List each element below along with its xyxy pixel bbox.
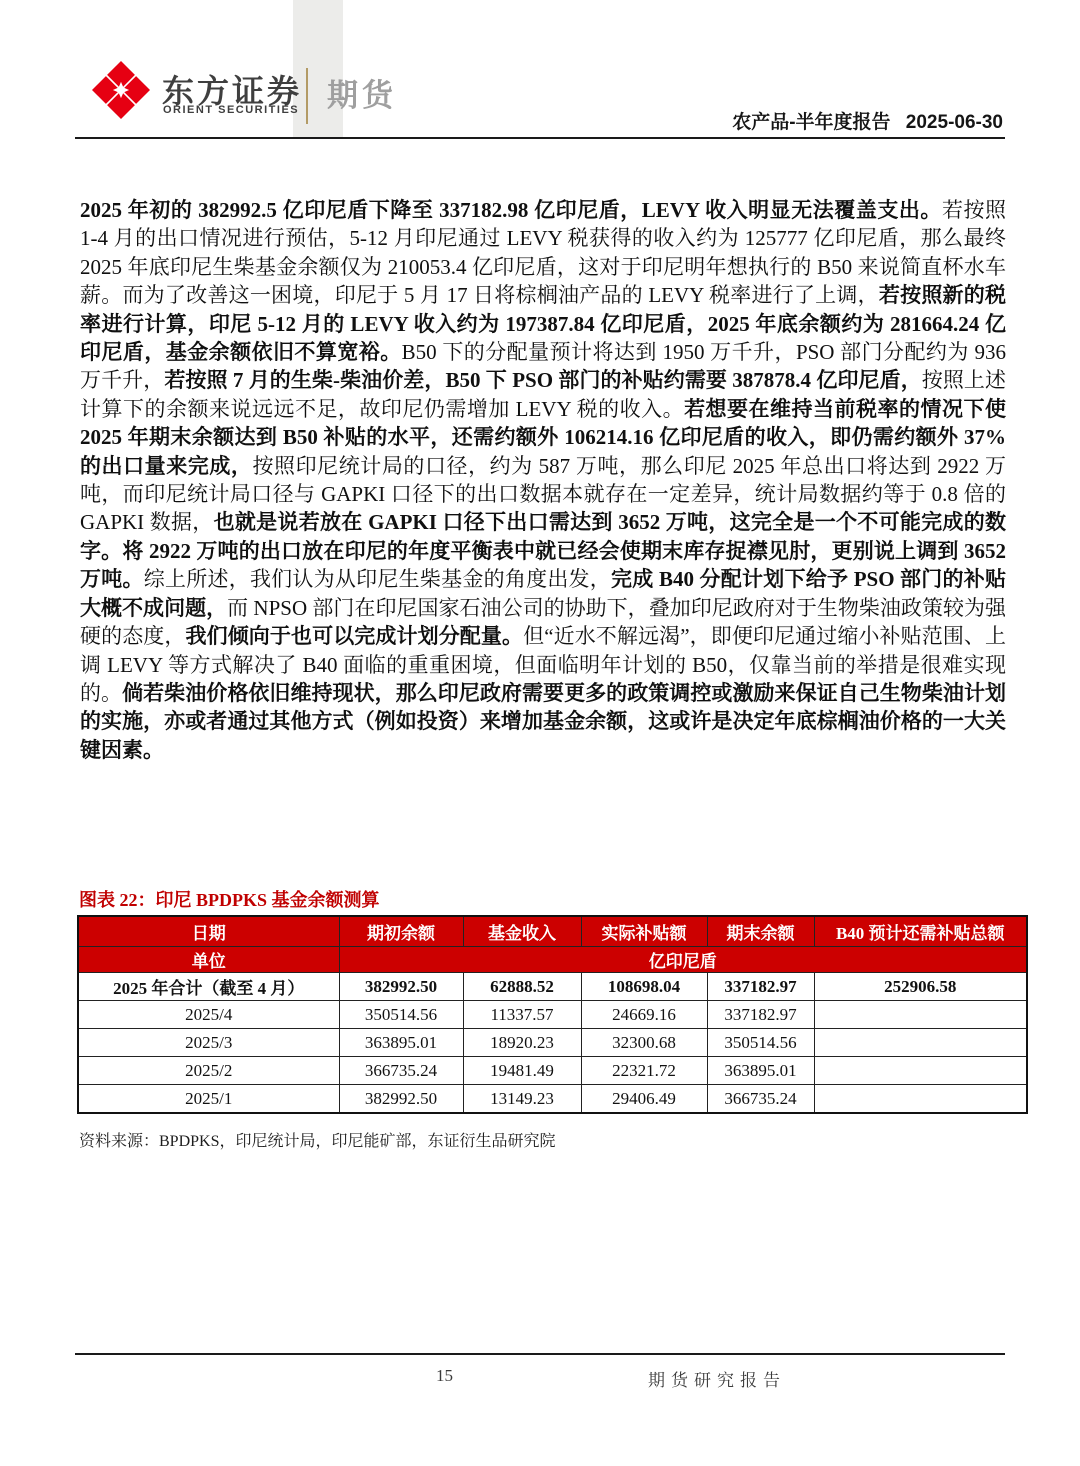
cell-b40-subsidy-needed bbox=[814, 1001, 1027, 1029]
paragraph-run: 综上所述，我们认为从印尼生柴基金的角度出发， bbox=[144, 567, 611, 591]
cell-opening-balance: 382992.50 bbox=[339, 973, 463, 1001]
cell-date: 2025/3 bbox=[78, 1029, 339, 1057]
cell-b40-subsidy-needed bbox=[814, 1029, 1027, 1057]
column-header-closing-balance: 期末余额 bbox=[707, 916, 814, 947]
page-number: 15 bbox=[436, 1366, 453, 1386]
column-header-fund-income: 基金收入 bbox=[463, 916, 581, 947]
cell-actual-subsidy: 29406.49 bbox=[581, 1085, 707, 1114]
table-row: 2025/3 363895.01 18920.23 32300.68 35051… bbox=[78, 1029, 1027, 1057]
table-row: 2025/2 366735.24 19481.49 22321.72 36389… bbox=[78, 1057, 1027, 1085]
cell-fund-income: 18920.23 bbox=[463, 1029, 581, 1057]
column-header-opening-balance: 期初余额 bbox=[339, 916, 463, 947]
paragraph-run: 若按照 7 月的生柴-柴油价差，B50 下 PSO 部门的补贴约需要 38787… bbox=[164, 368, 921, 392]
unit-label-cell: 单位 bbox=[78, 947, 339, 973]
analysis-paragraph: 2025 年初的 382992.5 亿印尼盾下降至 337182.98 亿印尼盾… bbox=[80, 196, 1006, 764]
cell-opening-balance: 350514.56 bbox=[339, 1001, 463, 1029]
column-header-date: 日期 bbox=[78, 916, 339, 947]
report-type-label: 农产品-半年度报告 bbox=[732, 112, 890, 133]
cell-date: 2025/2 bbox=[78, 1057, 339, 1085]
cell-closing-balance: 366735.24 bbox=[707, 1085, 814, 1114]
paragraph-run: 2025 年初的 382992.5 亿印尼盾下降至 337182.98 亿印尼盾… bbox=[80, 198, 942, 222]
unit-value-cell: 亿印尼盾 bbox=[339, 947, 1027, 973]
fund-balance-table: 日期 期初余额 基金收入 实际补贴额 期末余额 B40 预计还需补贴总额 单位 … bbox=[77, 915, 1028, 1114]
column-header-actual-subsidy: 实际补贴额 bbox=[581, 916, 707, 947]
cell-actual-subsidy: 22321.72 bbox=[581, 1057, 707, 1085]
cell-fund-income: 11337.57 bbox=[463, 1001, 581, 1029]
cell-b40-subsidy-needed: 252906.58 bbox=[814, 973, 1027, 1001]
logo-divider-line bbox=[306, 68, 308, 124]
report-header-meta: 农产品-半年度报告 2025-06-30 bbox=[732, 107, 1003, 134]
paragraph-run: 倘若柴油价格依旧维持现状，那么印尼政府需要更多的政策调控或激励来保证自己生物柴油… bbox=[80, 681, 1006, 762]
footer-report-type: 期货研究报告 bbox=[648, 1366, 786, 1391]
cell-closing-balance: 337182.97 bbox=[707, 1001, 814, 1029]
logo-text-en: ORIENT SECURITIES bbox=[163, 104, 299, 116]
table-unit-row: 单位 亿印尼盾 bbox=[78, 947, 1027, 973]
cell-opening-balance: 366735.24 bbox=[339, 1057, 463, 1085]
cell-date: 2025/1 bbox=[78, 1085, 339, 1114]
footer-rule-line bbox=[75, 1353, 1005, 1355]
cell-fund-income: 62888.52 bbox=[463, 973, 581, 1001]
orient-securities-logo-icon bbox=[92, 60, 150, 120]
cell-closing-balance: 350514.56 bbox=[707, 1029, 814, 1057]
cell-date: 2025 年合计（截至 4 月） bbox=[78, 973, 339, 1001]
cell-actual-subsidy: 24669.16 bbox=[581, 1001, 707, 1029]
table-row-total: 2025 年合计（截至 4 月） 382992.50 62888.52 1086… bbox=[78, 973, 1027, 1001]
cell-actual-subsidy: 108698.04 bbox=[581, 973, 707, 1001]
cell-closing-balance: 337182.97 bbox=[707, 973, 814, 1001]
data-source-note: 资料来源：BPDPKS，印尼统计局，印尼能矿部，东证衍生品研究院 bbox=[79, 1128, 555, 1151]
cell-b40-subsidy-needed bbox=[814, 1085, 1027, 1114]
header-rule-line bbox=[75, 137, 1005, 139]
report-date: 2025-06-30 bbox=[906, 112, 1003, 133]
table-header-row: 日期 期初余额 基金收入 实际补贴额 期末余额 B40 预计还需补贴总额 bbox=[78, 916, 1027, 947]
paragraph-run: 我们倾向于也可以完成计划分配量。 bbox=[186, 624, 524, 648]
column-header-b40-subsidy-needed: B40 预计还需补贴总额 bbox=[814, 916, 1027, 947]
report-page: 东方证券 ORIENT SECURITIES 期货 农产品-半年度报告 2025… bbox=[0, 0, 1080, 1466]
division-label: 期货 bbox=[327, 70, 397, 115]
cell-closing-balance: 363895.01 bbox=[707, 1057, 814, 1085]
cell-b40-subsidy-needed bbox=[814, 1057, 1027, 1085]
figure-title: 图表 22：印尼 BPDPKS 基金余额测算 bbox=[79, 886, 380, 912]
cell-opening-balance: 382992.50 bbox=[339, 1085, 463, 1114]
table-row: 2025/4 350514.56 11337.57 24669.16 33718… bbox=[78, 1001, 1027, 1029]
cell-date: 2025/4 bbox=[78, 1001, 339, 1029]
cell-fund-income: 19481.49 bbox=[463, 1057, 581, 1085]
cell-fund-income: 13149.23 bbox=[463, 1085, 581, 1114]
cell-actual-subsidy: 32300.68 bbox=[581, 1029, 707, 1057]
table-row: 2025/1 382992.50 13149.23 29406.49 36673… bbox=[78, 1085, 1027, 1114]
cell-opening-balance: 363895.01 bbox=[339, 1029, 463, 1057]
